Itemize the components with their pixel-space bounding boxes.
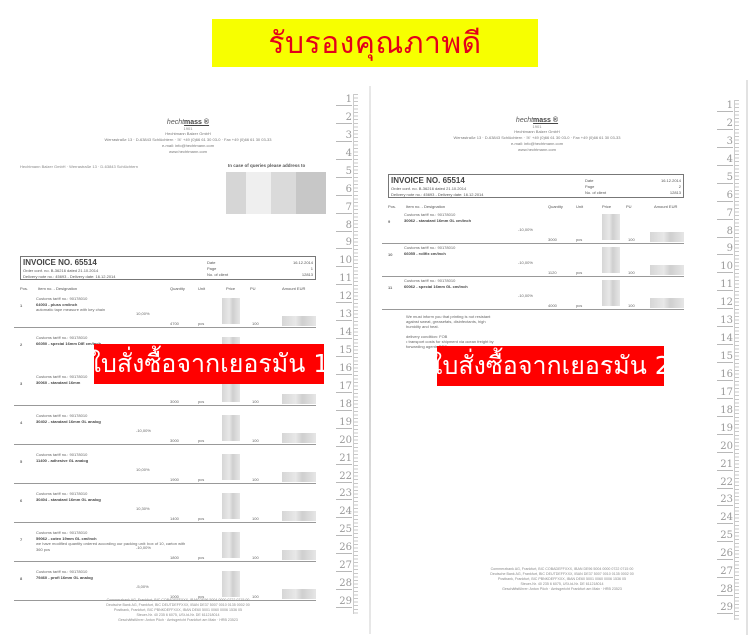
ruler-number: 27: [717, 566, 733, 578]
ruler-number: 2: [336, 112, 352, 124]
row-pos: 4: [20, 420, 22, 425]
row-quantity: 1120: [548, 270, 557, 275]
redacted-price: [602, 214, 620, 240]
redacted-amount: [650, 232, 684, 242]
table-row: 1Customs tariff no.: 9017801064003 - plu…: [20, 296, 316, 332]
ruler-number: 21: [717, 459, 733, 471]
row-pu: 100: [252, 477, 259, 482]
row-quantity: 1900: [170, 477, 179, 482]
ruler-number: 17: [717, 387, 733, 399]
ruler-number: 3: [717, 136, 733, 148]
redacted-amount: [282, 550, 316, 560]
ruler-number: 26: [717, 548, 733, 560]
ruler-number: 28: [336, 578, 352, 590]
ruler-number: 12: [717, 297, 733, 309]
row-unit: pcs: [576, 270, 582, 275]
ruler-number: 23: [717, 494, 733, 506]
ruler-number: 20: [336, 435, 352, 447]
ruler-number: 18: [336, 399, 352, 411]
redacted-amount: [282, 433, 316, 443]
ruler-number: 17: [336, 381, 352, 393]
row-discount: 10,00%: [136, 467, 150, 472]
redacted-price: [222, 415, 240, 441]
ruler-number: 1: [336, 94, 352, 106]
redacted-price: [222, 454, 240, 480]
row-unit: pcs: [198, 321, 204, 326]
company-web: www.hechtmann.com: [432, 147, 642, 153]
delivery-line: Delivery note no.: 45693 - Delivery date…: [391, 192, 484, 197]
ruler-number: 25: [717, 530, 733, 542]
meta-values: 16.12.2014112813: [293, 260, 313, 278]
row-discount: -10,00%: [136, 428, 151, 433]
row-pos: 9: [388, 219, 390, 224]
ruler-right: 1234567891011121314151617181920212223242…: [715, 100, 739, 620]
row-unit: pcs: [198, 516, 204, 521]
row-discount: -10,00%: [518, 227, 533, 232]
ruler-number: 19: [717, 423, 733, 435]
row-divider: [14, 405, 316, 406]
redacted-price: [222, 571, 240, 597]
ruler-number: 8: [717, 226, 733, 238]
ruler-number: 7: [717, 208, 733, 220]
row-divider: [382, 243, 684, 244]
ruler-number: 11: [336, 273, 352, 285]
invoice-notes: We must inform you that printing is not …: [406, 314, 556, 349]
ruler-number: 6: [336, 184, 352, 196]
row-divider: [14, 444, 316, 445]
row-divider: [14, 327, 316, 328]
meta-values: 16.12.2014212813: [661, 178, 681, 196]
ruler-number: 24: [717, 512, 733, 524]
ruler-number: 29: [717, 602, 733, 614]
row-divider: [14, 522, 316, 523]
redacted-amount: [282, 316, 316, 326]
row-pos: 5: [20, 459, 22, 464]
redacted-price: [222, 493, 240, 519]
ruler-number: 21: [336, 453, 352, 465]
ruler-number: 23: [336, 488, 352, 500]
row-pos: 10: [388, 252, 392, 257]
row-divider: [382, 276, 684, 277]
ruler-left: 1234567891011121314151617181920212223242…: [334, 94, 358, 614]
ruler-number: 12: [336, 291, 352, 303]
ruler-number: 5: [717, 172, 733, 184]
row-designation: Customs tariff no.: 9017801030402 - stan…: [36, 413, 186, 424]
row-quantity: 4700: [170, 321, 179, 326]
redacted-amount: [650, 298, 684, 308]
redacted-amount: [282, 472, 316, 482]
row-pu: 100: [628, 237, 635, 242]
row-pos: 1: [20, 303, 22, 308]
row-designation: Customs tariff no.: 9017801066055 - roll…: [404, 245, 554, 256]
row-discount: -10,00%: [518, 260, 533, 265]
ruler-number: 8: [336, 220, 352, 232]
table-row: 9Customs tariff no.: 9017801030062 - sta…: [388, 212, 684, 248]
column-headers: Pos. Item no. - Designation Quantity Uni…: [20, 286, 316, 294]
row-designation: Customs tariff no.: 9017801011400 - adhe…: [36, 452, 186, 463]
ruler-number: 15: [717, 351, 733, 363]
caption-order-1: ใบสั่งซื้อจากเยอรมัน 1: [94, 344, 324, 384]
row-pu: 100: [252, 321, 259, 326]
table-row: 4Customs tariff no.: 9017801030402 - sta…: [20, 413, 316, 449]
ruler-number: 20: [717, 441, 733, 453]
ruler-number: 5: [336, 166, 352, 178]
ruler-number: 7: [336, 202, 352, 214]
ruler-number: 1: [717, 100, 733, 112]
table-row: 5Customs tariff no.: 9017801011400 - adh…: [20, 452, 316, 488]
ruler-number: 18: [717, 405, 733, 417]
table-row: 6Customs tariff no.: 9017801030404 - sta…: [20, 491, 316, 527]
order-line: Order conf. no. B-36216 dated 21.10.2014: [23, 268, 98, 273]
ruler-number: 13: [336, 309, 352, 321]
caption-order-2: ใบสั่งซื้อจากเยอรมัน 2: [437, 346, 664, 386]
delivery-line: Delivery note no.: 45693 - Delivery date…: [23, 274, 116, 279]
meta-labels: DatePageNo. of client: [585, 178, 606, 196]
row-designation: Customs tariff no.: 9017801060062 - spec…: [404, 278, 554, 289]
row-designation: Customs tariff no.: 9017801079460 - prof…: [36, 569, 186, 580]
row-designation: Customs tariff no.: 9017801030062 - stan…: [404, 212, 554, 223]
row-discount: 10,30%: [136, 506, 150, 511]
ruler-number: 2: [717, 118, 733, 130]
table-row: 11Customs tariff no.: 9017801060062 - sp…: [388, 278, 684, 314]
row-unit: pcs: [198, 399, 204, 404]
row-unit: pcs: [198, 555, 204, 560]
ruler-number: 11: [717, 279, 733, 291]
ruler-number: 29: [336, 596, 352, 608]
row-pos: 11: [388, 285, 392, 290]
redacted-price: [602, 280, 620, 306]
ruler-number: 22: [336, 471, 352, 483]
queries-label: In case of queries please address to: [228, 163, 305, 168]
row-designation: Customs tariff no.: 9017801030404 - stan…: [36, 491, 186, 502]
row-pos: 3: [20, 381, 22, 386]
column-headers: Pos. Item no. - Designation Quantity Uni…: [388, 204, 684, 212]
ruler-number: 9: [717, 243, 733, 255]
invoice-header-box: INVOICE NO. 65514 Order conf. no. B-3621…: [388, 174, 684, 198]
row-pu: 100: [252, 399, 259, 404]
ruler-number: 13: [717, 315, 733, 327]
redacted-address: [226, 172, 326, 214]
redacted-price: [222, 532, 240, 558]
ruler-number: 6: [717, 190, 733, 202]
ruler-number: 3: [336, 130, 352, 142]
ruler-number: 14: [717, 333, 733, 345]
page-edge: [746, 80, 748, 635]
letterhead: hechtmass ® 1901 Hechtmann Balzer GmbH W…: [432, 118, 642, 153]
ruler-number: 24: [336, 506, 352, 518]
ruler-number: 15: [336, 345, 352, 357]
banner-text: รับรองคุณภาพดี: [268, 20, 481, 67]
sender-line: Hechtmann Balzer GmbH · Werrastraße 13 ·…: [20, 164, 180, 169]
row-pu: 100: [628, 270, 635, 275]
row-pos: 7: [20, 537, 22, 542]
row-unit: pcs: [576, 303, 582, 308]
ruler-number: 10: [336, 255, 352, 267]
page-divider: [369, 86, 371, 634]
company-web: www.hechtmann.com: [88, 149, 288, 155]
row-quantity: 3000: [548, 237, 557, 242]
invoice-title: INVOICE NO. 65514: [23, 258, 97, 267]
row-pos: 8: [20, 576, 22, 581]
ruler-number: 16: [336, 363, 352, 375]
redacted-amount: [282, 394, 316, 404]
letterhead: hechtmass ® 1901 Hechtmann Balzer GmbH W…: [88, 120, 288, 155]
row-divider: [14, 561, 316, 562]
redacted-price: [222, 298, 240, 324]
ruler-number: 9: [336, 237, 352, 249]
row-designation: Customs tariff no.: 9017801059062 - cote…: [36, 530, 186, 552]
row-unit: pcs: [198, 438, 204, 443]
row-pu: 100: [252, 555, 259, 560]
redacted-amount: [650, 265, 684, 275]
row-unit: pcs: [576, 237, 582, 242]
row-pos: 6: [20, 498, 22, 503]
order-line: Order conf. no. B-36216 dated 21.10.2014: [391, 186, 466, 191]
row-quantity: 3000: [170, 438, 179, 443]
meta-labels: DatePageNo. of client: [207, 260, 228, 278]
row-unit: pcs: [198, 477, 204, 482]
row-pu: 100: [252, 438, 259, 443]
row-quantity: 4000: [548, 303, 557, 308]
invoice-header-box: INVOICE NO. 65514 Order conf. no. B-3621…: [20, 256, 316, 280]
table-row: 7Customs tariff no.: 9017801059062 - cot…: [20, 530, 316, 566]
ruler-number: 14: [336, 327, 352, 339]
bank-footer: Commerzbank AG, Frankfurt, BIC COBADEFFX…: [452, 567, 672, 592]
row-pu: 100: [628, 303, 635, 308]
row-quantity: 1400: [170, 516, 179, 521]
bank-footer: Commerzbank AG, Frankfurt, BIC COBADEFFX…: [68, 598, 288, 623]
row-pos: 2: [20, 342, 22, 347]
quality-banner: รับรองคุณภาพดี: [212, 19, 538, 67]
redacted-amount: [282, 511, 316, 521]
row-divider: [14, 483, 316, 484]
row-divider: [382, 309, 684, 310]
row-quantity: 3000: [170, 399, 179, 404]
ruler-number: 27: [336, 560, 352, 572]
row-pu: 100: [252, 516, 259, 521]
ruler-number: 4: [336, 148, 352, 160]
ruler-number: 10: [717, 261, 733, 273]
table-row: 10Customs tariff no.: 9017801066055 - ro…: [388, 245, 684, 281]
ruler-number: 16: [717, 369, 733, 381]
ruler-number: 28: [717, 584, 733, 596]
ruler-number: 4: [717, 154, 733, 166]
row-quantity: 1800: [170, 555, 179, 560]
row-discount: -10,00%: [518, 293, 533, 298]
row-discount: -10,00%: [136, 545, 151, 550]
invoice-title: INVOICE NO. 65514: [391, 176, 465, 185]
redacted-price: [602, 247, 620, 273]
ruler-number: 22: [717, 477, 733, 489]
row-discount: -5,00%: [136, 584, 149, 589]
ruler-number: 19: [336, 417, 352, 429]
ruler-number: 25: [336, 524, 352, 536]
row-discount: 10,00%: [136, 311, 150, 316]
ruler-number: 26: [336, 542, 352, 554]
row-designation: Customs tariff no.: 9017801064003 - plus…: [36, 296, 186, 313]
